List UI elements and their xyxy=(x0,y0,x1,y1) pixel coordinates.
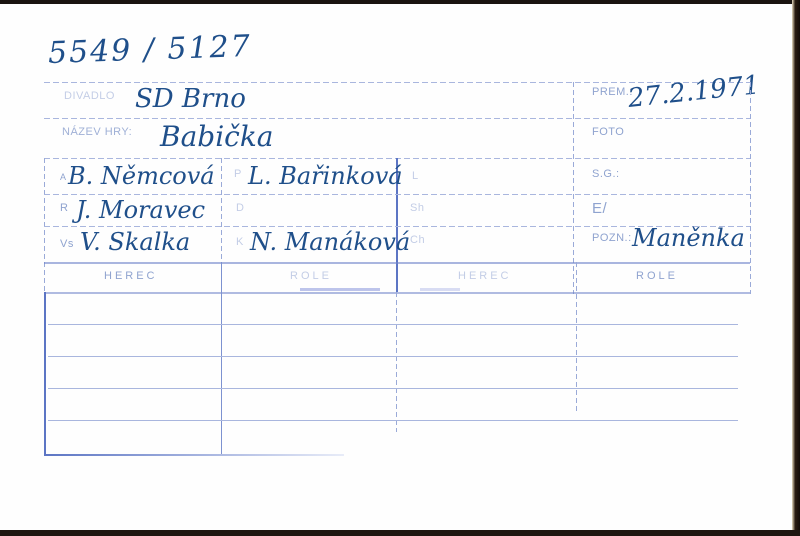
credit-adaptation: L. Bařinková xyxy=(248,162,403,190)
catalog-number: 5549 / 5127 xyxy=(47,29,252,71)
credit-author: B. Němcová xyxy=(68,162,215,190)
form-line xyxy=(44,118,750,119)
form-divider xyxy=(44,292,46,454)
credit-code-p: P xyxy=(234,168,242,180)
theatre-value: SD Brno xyxy=(135,84,246,114)
credit-code-director: R xyxy=(60,202,68,214)
form-divider xyxy=(750,82,751,294)
credit-director: J. Moravec xyxy=(76,196,205,224)
table-row-line xyxy=(48,388,738,389)
credit-code-d: D xyxy=(236,202,244,214)
note-value: Maněnka xyxy=(632,224,745,252)
theatre-label: DIVADLO xyxy=(64,90,115,102)
credit-code-sg: S.G.: xyxy=(592,168,620,180)
credit-code-k: K xyxy=(236,236,244,248)
form-line xyxy=(44,194,750,195)
credit-code-set: Vs xyxy=(60,238,74,250)
photo-label: FOTO xyxy=(592,126,624,138)
table-bottom-line xyxy=(44,454,344,456)
form-divider xyxy=(576,262,577,412)
credit-costumes: N. Manáková xyxy=(250,228,410,256)
cast-header-role-2: ROLE xyxy=(636,270,678,282)
title-label: NÁZEV HRY: xyxy=(62,126,132,138)
form-line xyxy=(44,262,750,264)
table-row-line xyxy=(48,324,738,325)
play-title: Babička xyxy=(160,120,274,153)
ink-smear xyxy=(420,288,460,291)
note-label: POZN.: xyxy=(592,232,632,244)
credit-code-e: E/ xyxy=(592,200,607,217)
scan-bottom-edge xyxy=(0,530,800,536)
credit-code-sh: Sh xyxy=(410,202,424,214)
index-card: 5549 / 5127 DIVADLO SD Brno PREM.: 27.2.… xyxy=(0,4,795,530)
cast-header-actor-2: HEREC xyxy=(458,270,512,282)
form-divider xyxy=(221,262,222,454)
cast-header-role-1: ROLE xyxy=(290,270,332,282)
table-row-line xyxy=(48,356,738,357)
form-divider xyxy=(396,292,397,432)
cast-header-actor-1: HEREC xyxy=(104,270,158,282)
ink-smear xyxy=(300,288,380,291)
credit-code-ch: Ch xyxy=(410,234,425,246)
credit-set-designer: V. Skalka xyxy=(80,228,190,256)
credit-code-author: A xyxy=(60,172,67,182)
form-line xyxy=(44,292,750,294)
table-row-line xyxy=(48,420,738,421)
scan-right-edge xyxy=(792,0,800,536)
premiere-value: 27.2.1971 xyxy=(626,70,761,114)
credit-code-l: L xyxy=(412,170,419,182)
